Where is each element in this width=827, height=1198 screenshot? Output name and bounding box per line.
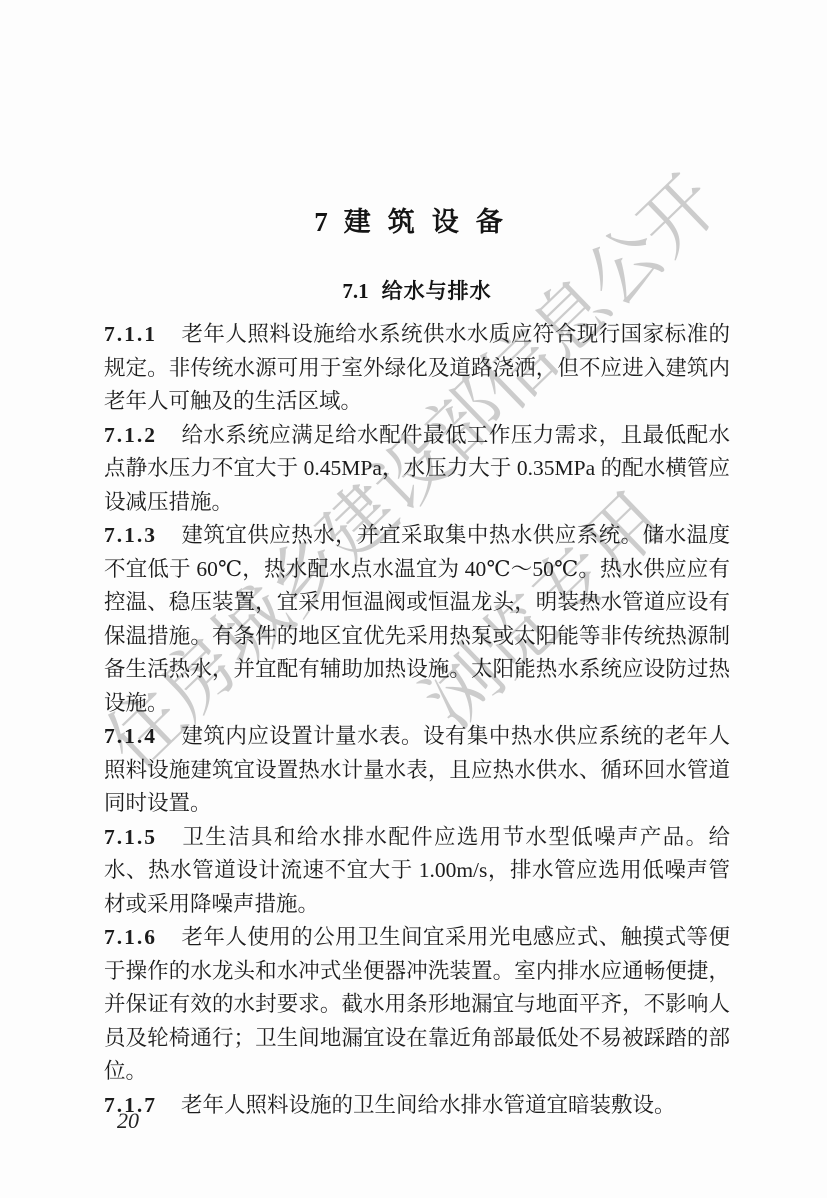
section-name: 给水与排水	[382, 279, 492, 303]
clause-text: 老年人使用的公用卫生间宜采用光电感应式、触摸式等便于操作的水龙头和水冲式坐便器冲…	[104, 925, 730, 1083]
clause-7.1.1: 7.1.1老年人照料设施给水系统供水水质应符合现行国家标准的规定。非传统水源可用…	[104, 318, 730, 419]
clause-7.1.7: 7.1.7老年人照料设施的卫生间给水排水管道宜暗装敷设。	[104, 1089, 730, 1123]
clause-7.1.6: 7.1.6老年人使用的公用卫生间宜采用光电感应式、触摸式等便于操作的水龙头和水冲…	[104, 921, 730, 1089]
clause-list: 7.1.1老年人照料设施给水系统供水水质应符合现行国家标准的规定。非传统水源可用…	[104, 318, 730, 1122]
chapter-title: 7建筑设备	[104, 0, 730, 242]
clause-text: 老年人照料设施给水系统供水水质应符合现行国家标准的规定。非传统水源可用于室外绿化…	[104, 322, 730, 413]
clause-number: 7.1.2	[104, 423, 157, 447]
chapter-name: 建筑设备	[344, 207, 520, 237]
clause-text: 建筑内应设置计量水表。设有集中热水供应系统的老年人照料设施建筑宜设置热水计量水表…	[104, 724, 730, 815]
clause-7.1.5: 7.1.5卫生洁具和给水排水配件应选用节水型低噪声产品。给水、热水管道设计流速不…	[104, 821, 730, 922]
page-number: 20	[117, 1106, 139, 1136]
clause-text: 给水系统应满足给水配件最低工作压力需求，且最低配水点静水压力不宜大于 0.45M…	[104, 423, 730, 514]
chapter-number: 7	[314, 207, 328, 237]
clause-number: 7.1.3	[104, 523, 157, 547]
clause-text: 老年人照料设施的卫生间给水排水管道宜暗装敷设。	[181, 1093, 676, 1117]
clause-number: 7.1.1	[104, 322, 157, 346]
section-number: 7.1	[342, 279, 368, 303]
clause-text: 卫生洁具和给水排水配件应选用节水型低噪声产品。给水、热水管道设计流速不宜大于 1…	[104, 825, 730, 916]
section-title: 7.1给水与排水	[104, 276, 730, 306]
clause-7.1.3: 7.1.3建筑宜供应热水，并宜采取集中热水供应系统。储水温度不宜低于 60℃，热…	[104, 519, 730, 720]
clause-number: 7.1.6	[104, 925, 157, 949]
clause-text: 建筑宜供应热水，并宜采取集中热水供应系统。储水温度不宜低于 60℃，热水配水点水…	[104, 523, 730, 715]
page-content: 7建筑设备 7.1给水与排水 7.1.1老年人照料设施给水系统供水水质应符合现行…	[104, 0, 730, 1122]
clause-number: 7.1.4	[104, 724, 157, 748]
clause-7.1.4: 7.1.4建筑内应设置计量水表。设有集中热水供应系统的老年人照料设施建筑宜设置热…	[104, 720, 730, 821]
clause-7.1.2: 7.1.2给水系统应满足给水配件最低工作压力需求，且最低配水点静水压力不宜大于 …	[104, 419, 730, 520]
clause-number: 7.1.5	[104, 825, 157, 849]
document-page: 住房城乡建设部信息公开 浏览专用 7建筑设备 7.1给水与排水 7.1.1老年人…	[0, 0, 827, 1198]
